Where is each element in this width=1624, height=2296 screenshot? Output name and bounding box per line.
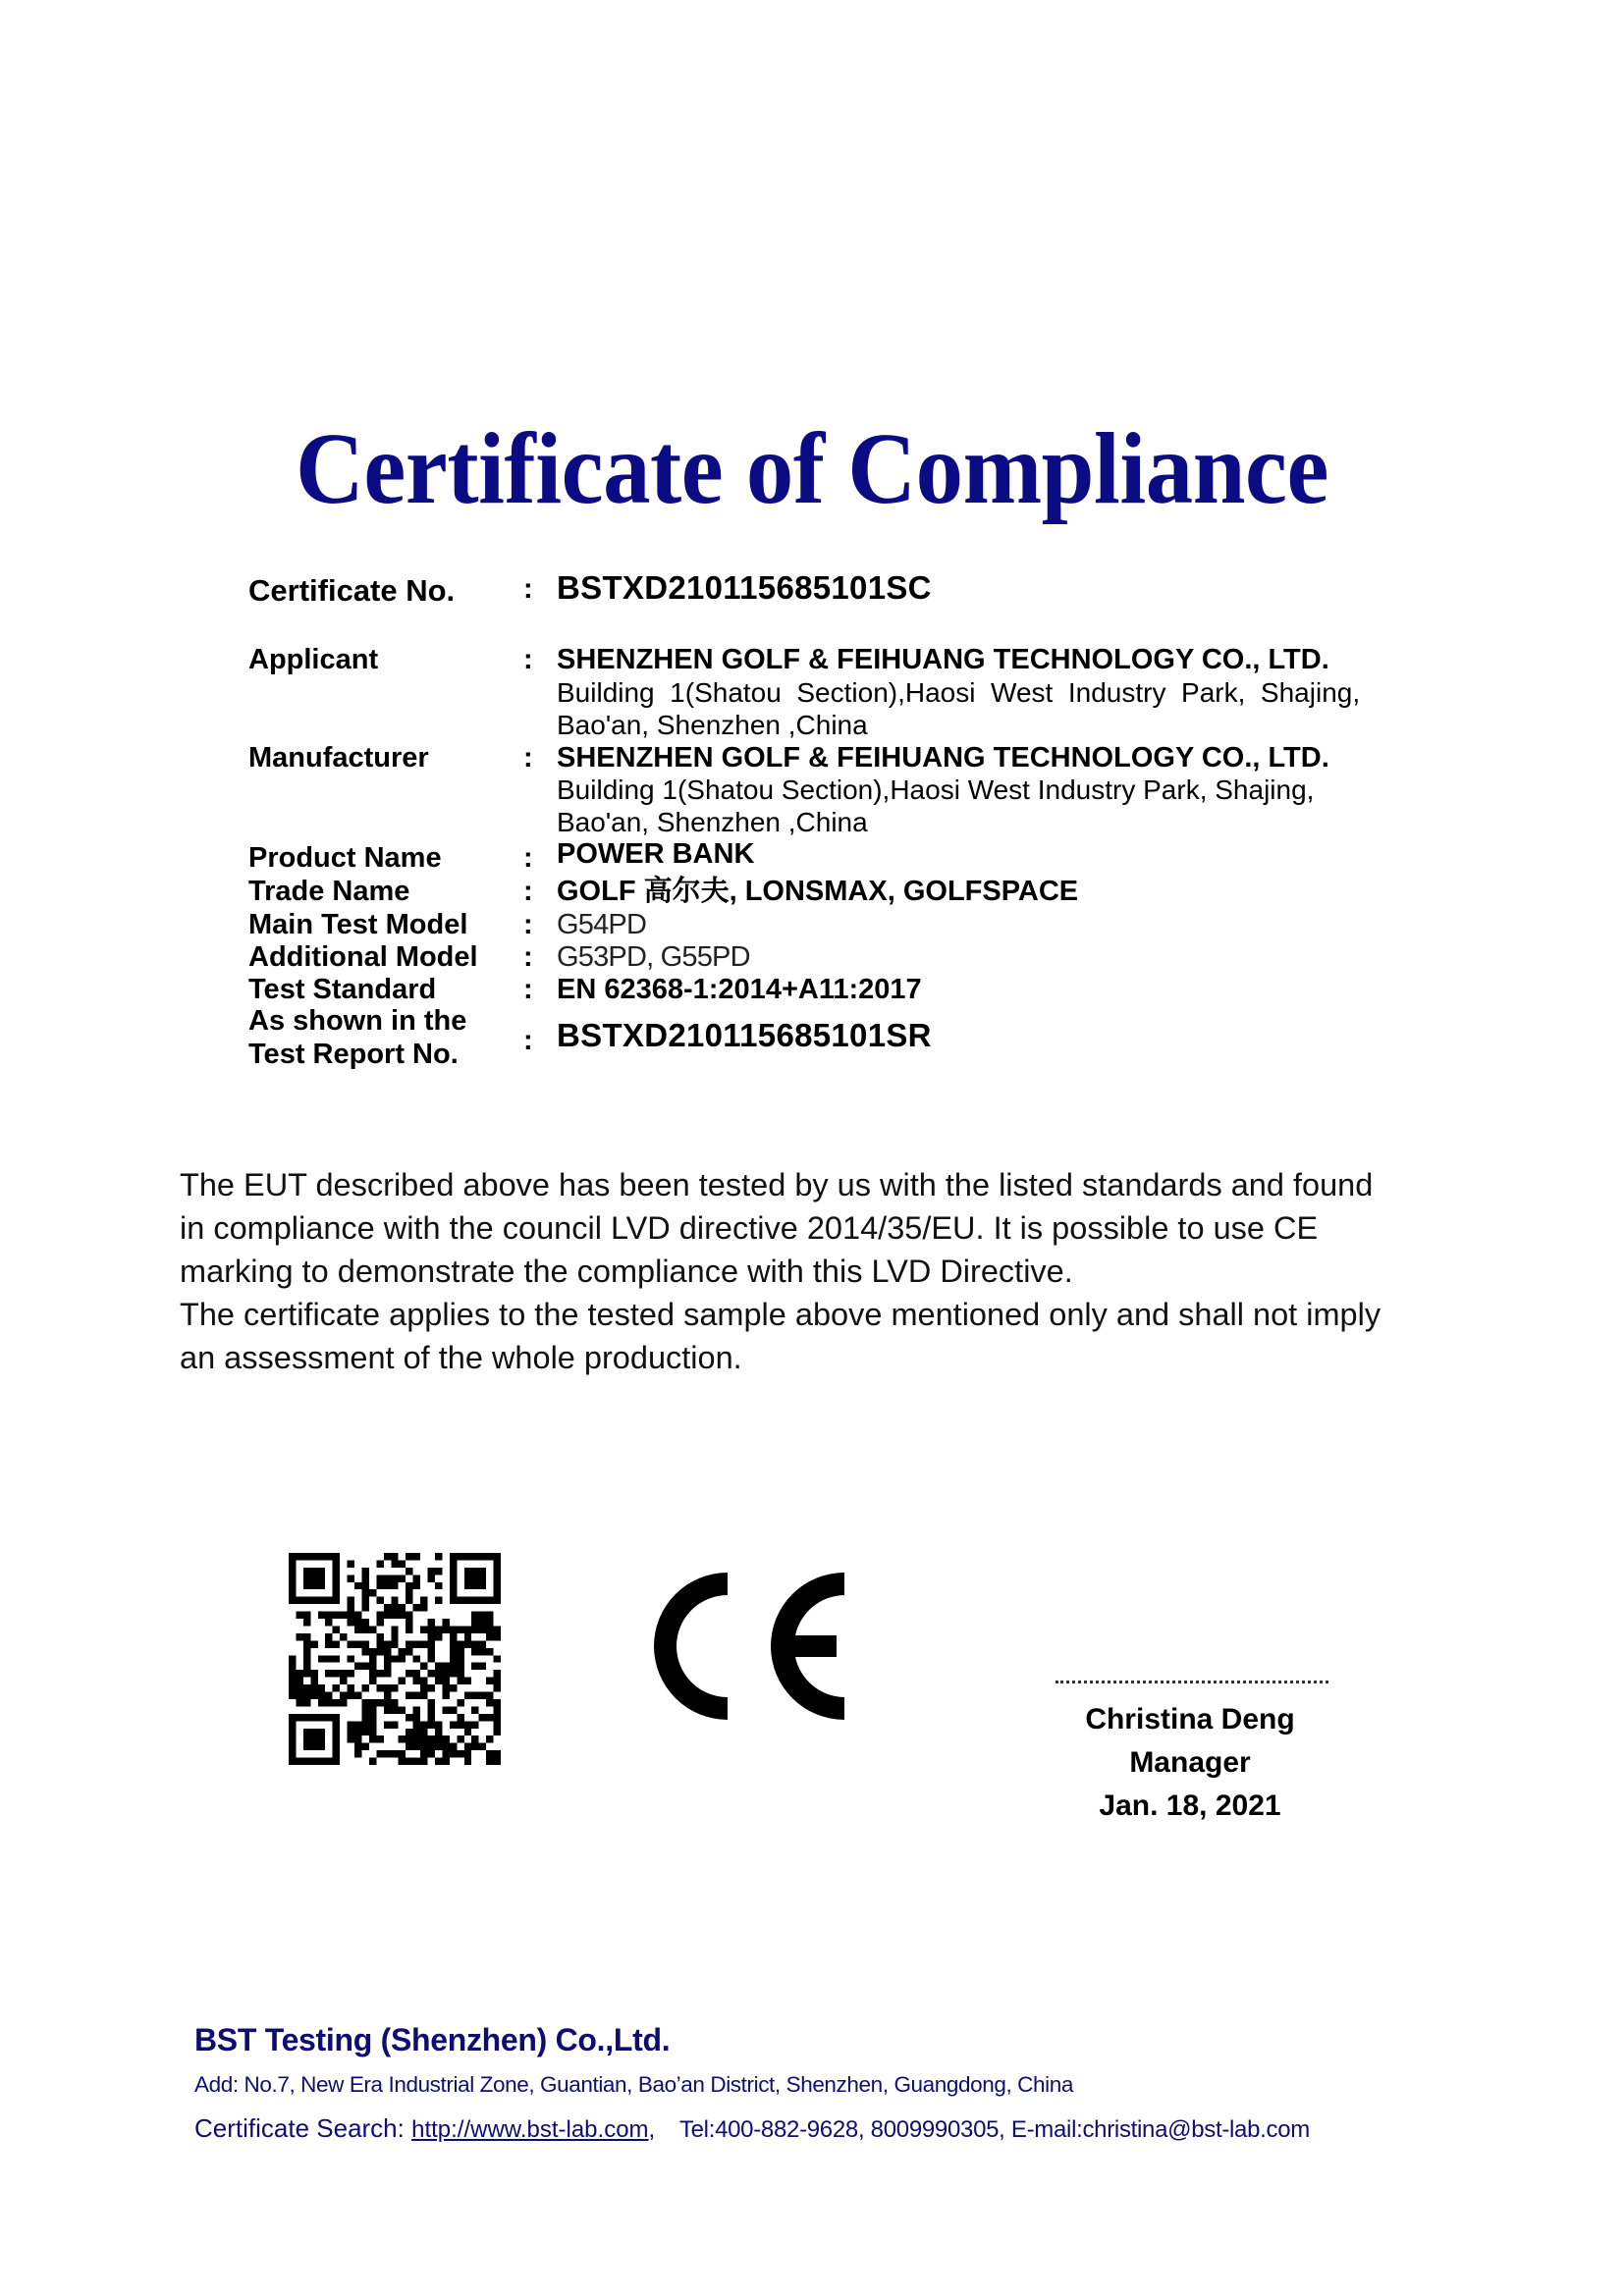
statement-line: in compliance with the council LVD direc… bbox=[180, 1206, 1456, 1250]
product-name-label: Product Name bbox=[248, 841, 442, 875]
applicant-address-line1: Building 1(Shatou Section),Haosi West In… bbox=[557, 676, 1360, 709]
separator: : bbox=[523, 741, 533, 774]
test-standard-label: Test Standard bbox=[248, 973, 436, 1006]
separator: : bbox=[523, 875, 533, 908]
certificate-no-value: BSTXD210115685101SC bbox=[557, 569, 932, 607]
additional-model-label: Additional Model bbox=[248, 940, 478, 974]
test-report-label-line1: As shown in the bbox=[248, 1004, 466, 1038]
product-name-value: POWER BANK bbox=[557, 837, 754, 871]
test-standard-value: EN 62368-1:2014+A11:2017 bbox=[557, 973, 922, 1006]
certificate-search-label: Certificate Search: bbox=[194, 2113, 405, 2143]
issuer-contact: , Tel:400-882-9628, 8009990305, E-mail:c… bbox=[649, 2116, 1310, 2143]
main-test-model-label: Main Test Model bbox=[248, 908, 467, 941]
applicant-name: SHENZHEN GOLF & FEIHUANG TECHNOLOGY CO.,… bbox=[557, 643, 1329, 676]
separator: : bbox=[523, 643, 533, 676]
separator: : bbox=[523, 841, 533, 875]
signatory-name: Christina Deng bbox=[1043, 1698, 1337, 1741]
additional-model-value: G53PD, G55PD bbox=[557, 940, 750, 974]
test-report-value: BSTXD210115685101SR bbox=[557, 1017, 932, 1054]
trade-name-value: GOLF 高尔夫, LONSMAX, GOLFSPACE bbox=[557, 875, 1078, 908]
statement-line: The certificate applies to the tested sa… bbox=[180, 1293, 1456, 1336]
test-report-label-line2: Test Report No. bbox=[248, 1038, 459, 1071]
manufacturer-name: SHENZHEN GOLF & FEIHUANG TECHNOLOGY CO.,… bbox=[557, 741, 1329, 774]
certificate-search-link[interactable]: http://www.bst-lab.com bbox=[411, 2116, 648, 2143]
statement-line: The EUT described above has been tested … bbox=[180, 1163, 1456, 1206]
separator: : bbox=[523, 1024, 533, 1057]
compliance-statement: The EUT described above has been tested … bbox=[180, 1163, 1456, 1379]
certificate-search: Certificate Search: http://www.bst-lab.c… bbox=[194, 2112, 1310, 2146]
signature-date: Jan. 18, 2021 bbox=[1043, 1785, 1337, 1828]
signature-line bbox=[1056, 1681, 1328, 1683]
signatory-title: Manager bbox=[1043, 1741, 1337, 1785]
manufacturer-address-line2: Bao'an, Shenzhen ,China bbox=[557, 806, 868, 838]
qr-code-icon[interactable] bbox=[287, 1553, 503, 1765]
issuer-company: BST Testing (Shenzhen) Co.,Ltd. bbox=[194, 2022, 670, 2057]
separator: : bbox=[523, 973, 533, 1006]
manufacturer-address-line1: Building 1(Shatou Section),Haosi West In… bbox=[557, 774, 1314, 806]
manufacturer-label: Manufacturer bbox=[248, 741, 429, 774]
separator: : bbox=[523, 908, 533, 941]
applicant-address-line2: Bao'an, Shenzhen ,China bbox=[557, 709, 868, 741]
ce-mark-icon bbox=[634, 1569, 850, 1724]
separator: : bbox=[523, 940, 533, 974]
statement-line: marking to demonstrate the compliance wi… bbox=[180, 1250, 1456, 1293]
certificate-no-label: Certificate No. bbox=[248, 572, 455, 610]
main-test-model-value: G54PD bbox=[557, 908, 646, 941]
statement-line: an assessment of the whole production. bbox=[180, 1336, 1456, 1379]
issuer-address: Add: No.7, New Era Industrial Zone, Guan… bbox=[194, 2071, 1073, 2099]
trade-name-label: Trade Name bbox=[248, 875, 409, 908]
applicant-label: Applicant bbox=[248, 643, 378, 676]
document-title: Certificate of Compliance bbox=[57, 410, 1567, 528]
separator: : bbox=[523, 572, 533, 606]
